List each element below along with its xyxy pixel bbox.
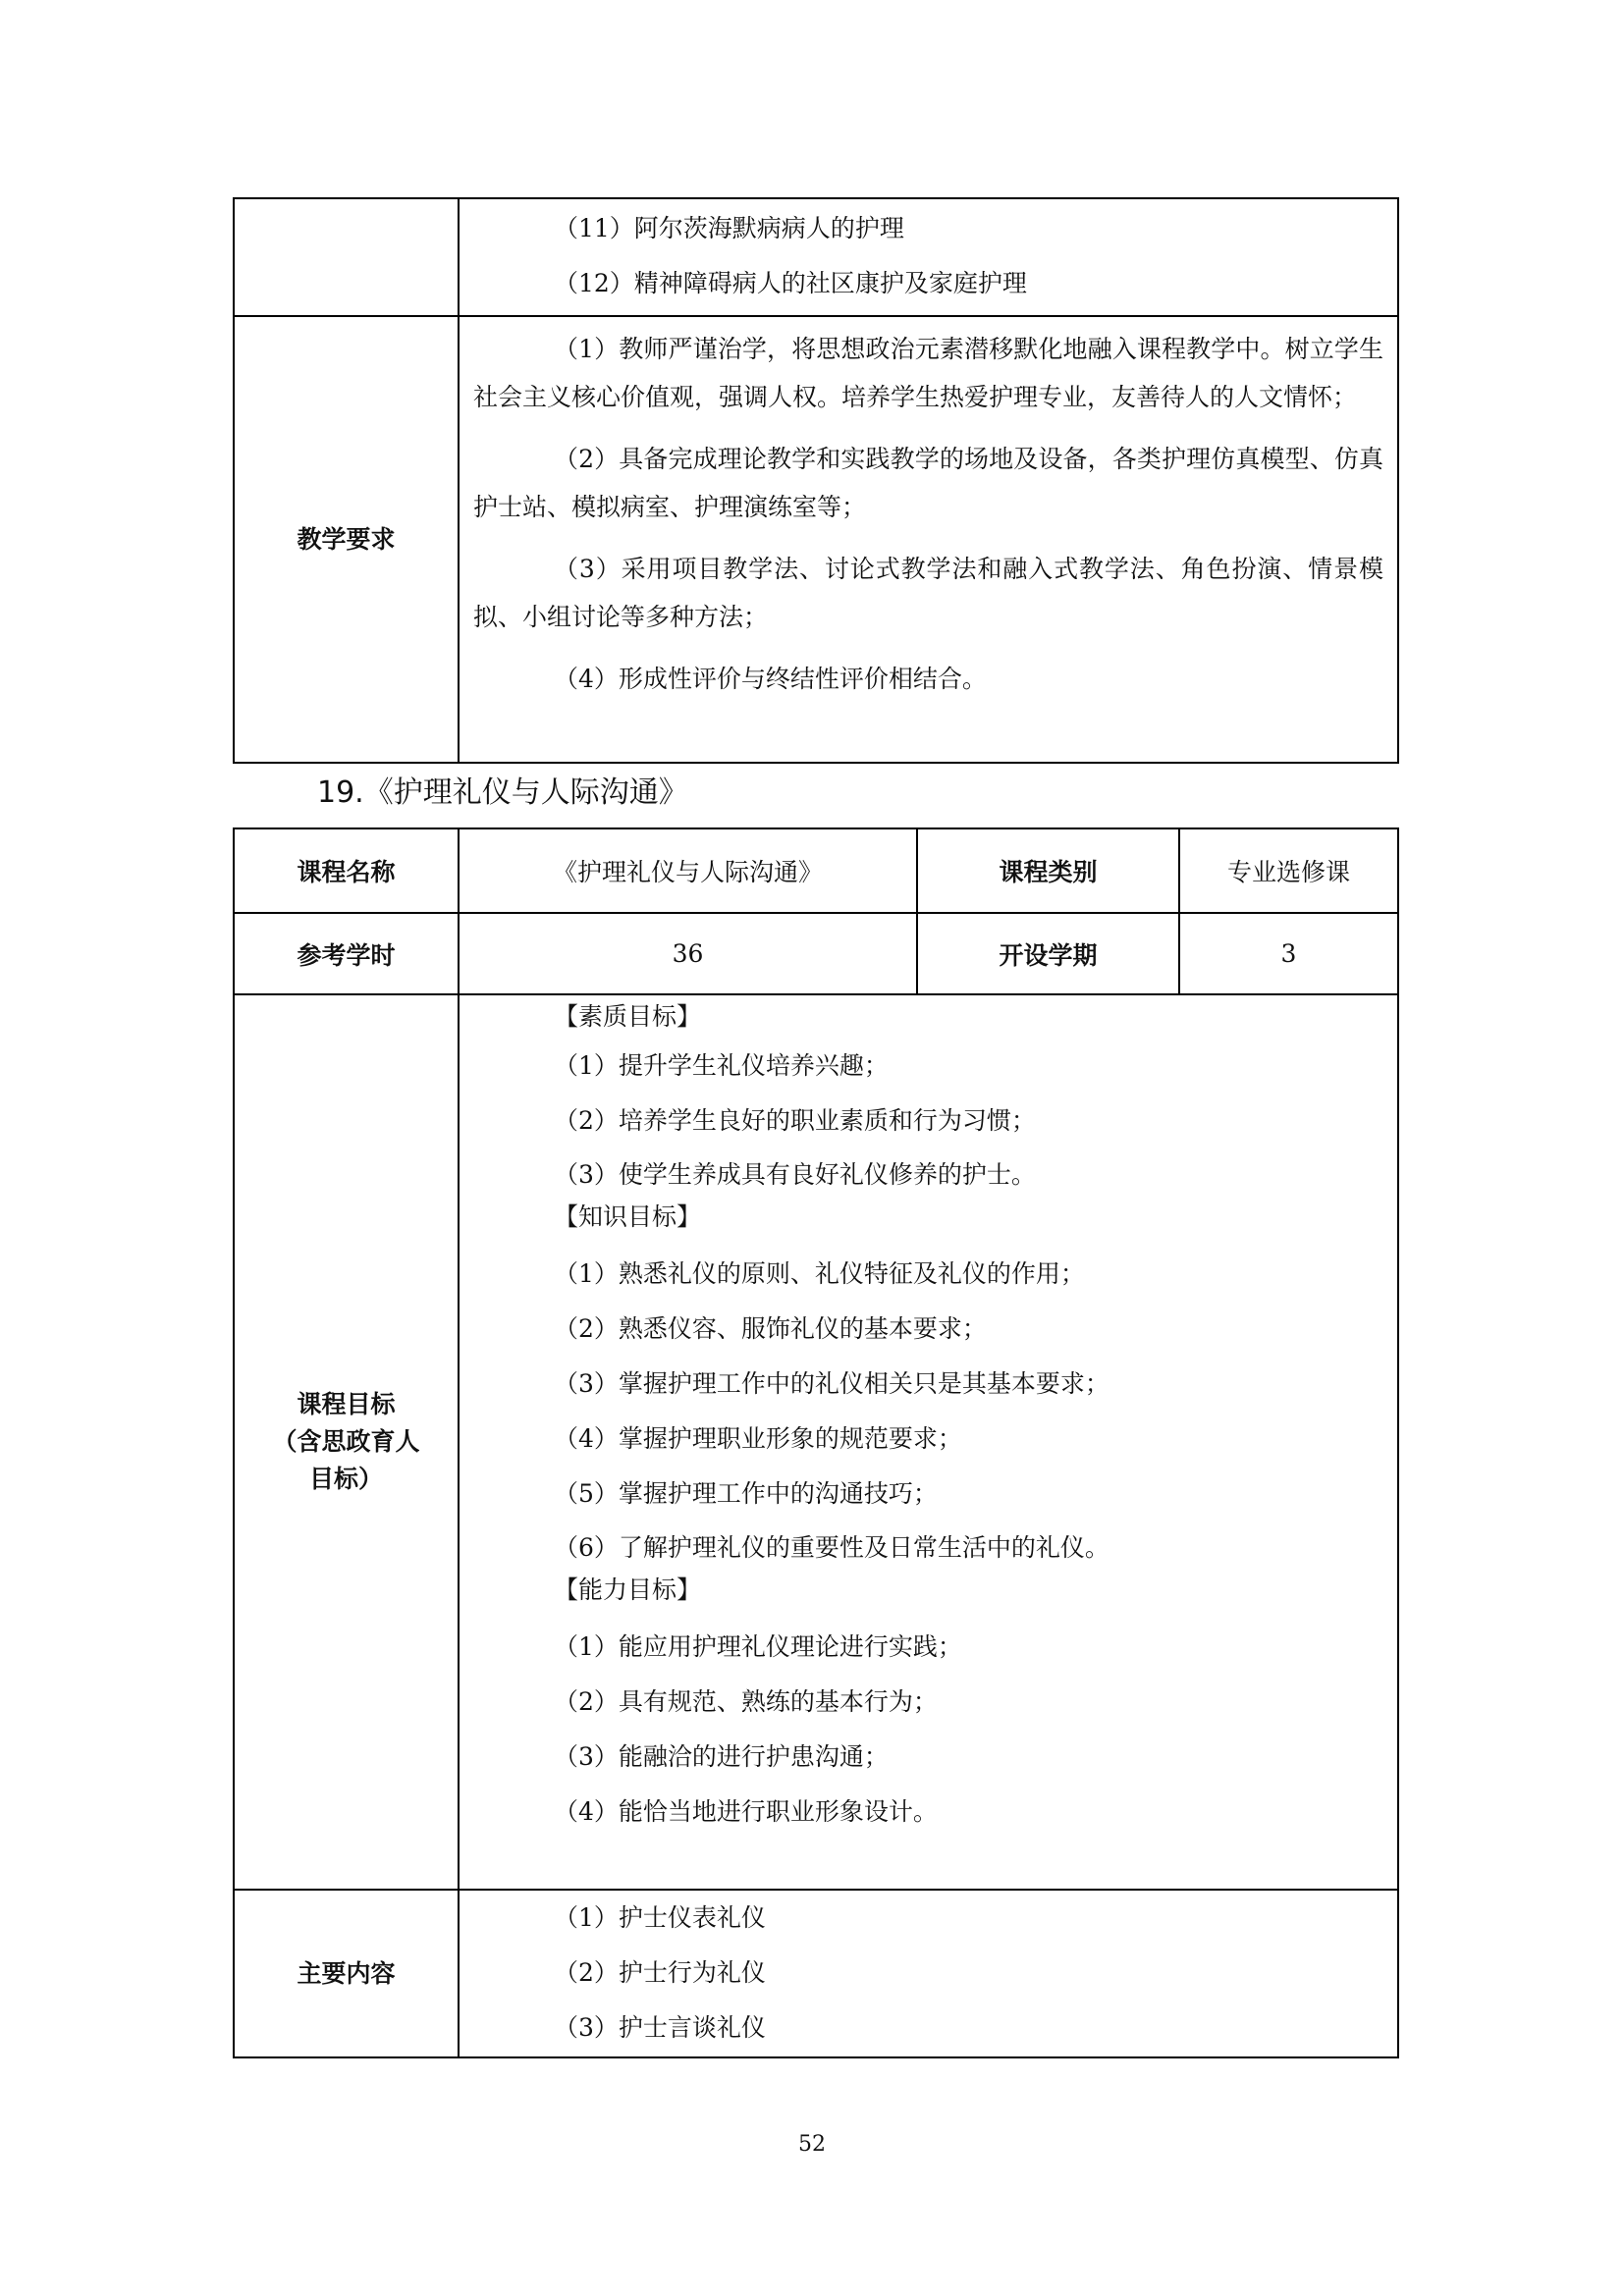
page-number: 52	[0, 2132, 1624, 2157]
list-item: （2）培养学生良好的职业素质和行为习惯；	[473, 1094, 1383, 1148]
table-row: （11）阿尔茨海默病病人的护理 （12）精神障碍病人的社区康护及家庭护理	[235, 199, 1397, 315]
content-label: 主要内容	[235, 1891, 460, 2057]
table-row-goals: 课程目标 （含思政育人 目标） 【素质目标】 （1）提升学生礼仪培养兴趣； （2…	[235, 993, 1397, 1889]
goals-content: 【素质目标】 （1）提升学生礼仪培养兴趣； （2）培养学生良好的职业素质和行为习…	[460, 995, 1397, 1889]
section-heading: 19.《护理礼仪与人际沟通》	[317, 768, 688, 811]
course-name-label: 课程名称	[235, 829, 460, 912]
list-item: （3）掌握护理工作中的礼仪相关只是其基本要求；	[473, 1357, 1383, 1412]
knowledge-goals-title: 【知识目标】	[473, 1198, 1383, 1247]
ability-goals-title: 【能力目标】	[473, 1571, 1383, 1620]
table-row-course-name: 课程名称 《护理礼仪与人际沟通》 课程类别 专业选修课	[235, 829, 1397, 912]
table-row-main-content: 主要内容 （1）护士仪表礼仪 （2）护士行为礼仪 （3）护士言谈礼仪	[235, 1889, 1397, 2057]
list-item: （3）能融洽的进行护患沟通；	[473, 1730, 1383, 1785]
list-item: （1）护士仪表礼仪	[473, 1891, 1383, 1946]
hours-label: 参考学时	[235, 914, 460, 993]
course-type-value: 专业选修课	[1180, 829, 1397, 912]
paragraph: （4）形成性评价与终结性评价相结合。	[473, 655, 1383, 703]
semester-label: 开设学期	[918, 914, 1180, 993]
paragraph: （1）教师严谨治学，将思想政治元素潜移默化地融入课程教学中。树立学生社会主义核心…	[473, 325, 1383, 421]
table-row-teaching-requirements: 教学要求 （1）教师严谨治学，将思想政治元素潜移默化地融入课程教学中。树立学生社…	[235, 315, 1397, 763]
list-item: （2）具有规范、熟练的基本行为；	[473, 1675, 1383, 1730]
table-row-hours: 参考学时 36 开设学期 3	[235, 912, 1397, 993]
list-item: （1）能应用护理礼仪理论进行实践；	[473, 1620, 1383, 1675]
row-label: 教学要求	[235, 317, 460, 763]
paragraph: （2）具备完成理论教学和实践教学的场地及设备，各类护理仿真模型、仿真护士站、模拟…	[473, 435, 1383, 531]
quality-goals-title: 【素质目标】	[473, 995, 1383, 1039]
course-table: 课程名称 《护理礼仪与人际沟通》 课程类别 专业选修课 参考学时 36 开设学期…	[233, 828, 1399, 2058]
goals-label-line: 目标）	[309, 1461, 383, 1498]
list-item: （5）掌握护理工作中的沟通技巧；	[473, 1467, 1383, 1522]
list-item: （11）阿尔茨海默病病人的护理	[473, 201, 1383, 256]
hours-value: 36	[460, 914, 918, 993]
list-item: （3）使学生养成具有良好礼仪修养的护士。	[473, 1148, 1383, 1198]
list-item: （2）护士行为礼仪	[473, 1946, 1383, 2001]
row-label	[235, 199, 460, 315]
list-item: （6）了解护理礼仪的重要性及日常生活中的礼仪。	[473, 1522, 1383, 1571]
goals-label: 课程目标 （含思政育人 目标）	[235, 995, 460, 1889]
list-item: （4）掌握护理职业形象的规范要求；	[473, 1412, 1383, 1467]
semester-value: 3	[1180, 914, 1397, 993]
continuation-table: （11）阿尔茨海默病病人的护理 （12）精神障碍病人的社区康护及家庭护理 教学要…	[233, 197, 1399, 764]
list-item: （2）熟悉仪容、服饰礼仪的基本要求；	[473, 1302, 1383, 1357]
list-item: （1）提升学生礼仪培养兴趣；	[473, 1039, 1383, 1094]
course-type-label: 课程类别	[918, 829, 1180, 912]
main-content: （1）护士仪表礼仪 （2）护士行为礼仪 （3）护士言谈礼仪	[460, 1891, 1397, 2057]
goals-label-line: （含思政育人	[272, 1423, 419, 1461]
list-item: （3）护士言谈礼仪	[473, 2001, 1383, 2056]
course-name-value: 《护理礼仪与人际沟通》	[460, 829, 918, 912]
list-item: （4）能恰当地进行职业形象设计。	[473, 1785, 1383, 1840]
goals-label-line: 课程目标	[297, 1386, 395, 1423]
list-item: （1）熟悉礼仪的原则、礼仪特征及礼仪的作用；	[473, 1247, 1383, 1302]
paragraph: （3）采用项目教学法、讨论式教学法和融入式教学法、角色扮演、情景模拟、小组讨论等…	[473, 545, 1383, 641]
list-item: （12）精神障碍病人的社区康护及家庭护理	[473, 256, 1383, 311]
row-content: （11）阿尔茨海默病病人的护理 （12）精神障碍病人的社区康护及家庭护理	[460, 199, 1397, 315]
row-content: （1）教师严谨治学，将思想政治元素潜移默化地融入课程教学中。树立学生社会主义核心…	[460, 317, 1397, 763]
